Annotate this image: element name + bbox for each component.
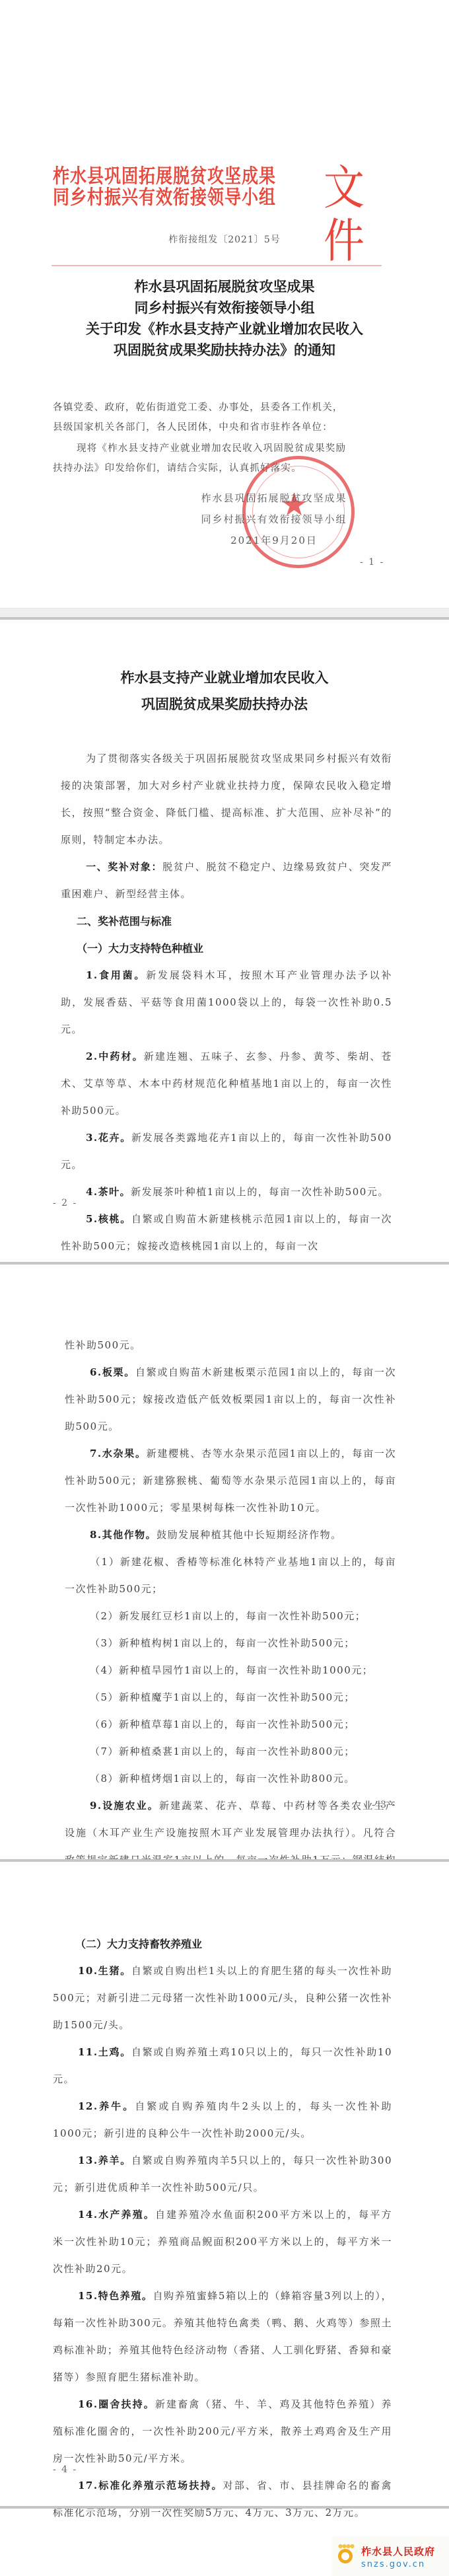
item-label: 14.水产养殖。 [78,2209,155,2221]
item-walnut: 5.核桃。自繁或自购苗木新建核桃示范园1亩以上的，每亩一次性补助500元；嫁接改… [61,1206,392,1260]
section-1-recipients: 一、奖补对象：脱贫户、脱贫不稳定户、边缘易致贫户、突发严重困难户、新型经营主体。 [61,854,392,908]
item-demo-farm-support: 17.标准化养殖示范场扶持。对部、省、市、县挂牌命名的畜禽标准化示范场，分别一次… [53,2472,392,2518]
section-1-label: 一、奖补对象： [86,861,162,873]
notice-title-line-1: 柞水县巩固拓展脱贫攻坚成果 [0,276,449,297]
sub-item-text: （2）新发展红豆杉1亩以上的，每亩一次性补助500元； [90,1610,366,1622]
item-facility-agriculture: 9.设施农业。新建蔬菜、花卉、草莓、中药材等各类农业生产设施（木耳产业生产设施按… [65,1792,396,1859]
sub-item-text: （7）新种植桑葚1亩以上的，每亩一次性补助800元； [90,1746,355,1757]
notice-title-line-3: 关于印发《柞水县支持产业就业增加农民收入 [0,318,449,340]
sub-item: （5）新种植魔芋1亩以上的，每亩一次性补助500元； [65,1684,396,1711]
sub-item-text: （3）新种植构树1亩以上的，每亩一次性补助500元； [90,1637,355,1649]
letterhead-issuer-line-2: 同乡村振兴有效衔接领导小组 [53,185,276,210]
item-chicken: 11.土鸡。自繁或自购养殖土鸡10只以上的，每只一次性补助10元。 [53,2039,392,2093]
sub-item-text: （8）新种植烤烟1亩以上的，每亩一次性补助800元。 [90,1773,355,1785]
sub-item-text: （4）新种植旱园竹1亩以上的，每亩一次性补助1000元； [90,1664,373,1676]
item-pigs: 10.生猪。自繁或自购出栏1头以上的育肥生猪的每头一次性补助500元；对新引进二… [53,1958,392,2039]
logo-site-name: 柞水县人民政府 [361,2544,435,2558]
item-tea: 4.茶叶。新发展茶叶种植1亩以上的，每亩一次性补助500元。 [61,1179,392,1206]
logo-site-url: snzs.gov.cn [361,2559,425,2569]
red-divider-rule [52,265,382,266]
subsection-1-heading: （一）大力支持特色种植业 [61,935,392,962]
signature-issuer-line-1: 柞水县巩固拓展脱贫攻坚成果 [191,488,357,509]
page-separator [0,2506,449,2509]
intro-paragraph: 为了贯彻落实各级关于巩固拓展脱贫攻坚成果同乡村振兴有效衔接的决策部署，加大对乡村… [61,745,392,854]
item-label: 8.其他作物。 [90,1529,156,1541]
site-watermark-logo: ●●●● 柞水县人民政府 snzs.gov.cn [331,2536,449,2576]
item-label: 10.生猪。 [78,1965,131,1977]
sub-item: （3）新种植构树1亩以上的，每亩一次性补助500元； [65,1630,396,1657]
page-2-measures: 柞水县支持产业就业增加农民收入 巩固脱贫成果奖励扶持办法 为了贯彻落实各级关于巩… [0,620,449,1262]
item-label: 2.中药材。 [86,1050,144,1062]
page-number-4: - 4 - [53,2464,77,2475]
item-label: 11.土鸡。 [78,2046,131,2058]
item-label: 12.养牛。 [78,2100,135,2112]
item-label: 16.圈舍扶持。 [78,2398,155,2410]
item-label: 15.特色养殖。 [78,2290,153,2302]
item-herbal-medicine: 2.中药材。新建连翘、五味子、玄参、丹参、黄芩、柴胡、苍术、艾草等草、木本中药材… [61,1043,392,1124]
item-flowers: 3.花卉。新发展各类露地花卉1亩以上的，每亩一次性补助500元。 [61,1124,392,1179]
page-4-body: （二）大力支持畜牧养殖业 10.生猪。自繁或自购出栏1头以上的育肥生猪的每头一次… [53,1931,392,2518]
item-text: 自购养殖蜜蜂5箱以上的（蜂箱容量3列以上的），每箱一次性补助300元。养殖其他特… [53,2290,392,2383]
measures-title: 柞水县支持产业就业增加农民收入 巩固脱贫成果奖励扶持办法 [0,665,449,718]
item-label: 5.核桃。 [86,1213,131,1225]
letterhead-document-label: 文件 [324,161,396,268]
measures-title-line-2: 巩固脱贫成果奖励扶持办法 [0,691,449,718]
item-label: 9.设施农业。 [90,1800,159,1812]
logo-ring-icon [338,2549,353,2563]
sub-item: （6）新种植草莓1亩以上的，每亩一次性补助500元； [65,1711,396,1738]
signature-date: 2021年9月20日 [191,530,357,551]
item-special-breeding: 15.特色养殖。自购养殖蜜蜂5箱以上的（蜂箱容量3列以上的），每箱一次性补助30… [53,2283,392,2391]
item-label: 6.板栗。 [90,1366,135,1378]
notice-body-line-1: 现将《柞水县支持产业就业增加农民收入巩固脱贫成果奖励 [53,439,386,459]
item-fruit: 7.水杂果。新建樱桃、杏等水杂果示范园1亩以上的，每亩一次性补助500元；新建猕… [65,1440,396,1522]
subsection-2-heading: （二）大力支持畜牧养殖业 [53,1931,392,1958]
item-cattle: 12.养牛。自繁或自购养殖肉牛2头以上的，每头一次性补助1000元；新引进的良种… [53,2093,392,2147]
item-text: 新发展茶叶种植1亩以上的，每亩一次性补助500元。 [131,1186,389,1198]
page-1-cover-notice: 柞水县巩固拓展脱贫攻坚成果 同乡村振兴有效衔接领导小组 文件 柞衔接组发〔202… [0,0,449,608]
item-label: 1.食用菌。 [86,969,146,981]
sub-item-text: （5）新种植魔芋1亩以上的，每亩一次性补助500元； [90,1691,355,1703]
item-label: 4.茶叶。 [86,1186,131,1198]
page-3-measures: 性补助500元。 6.板栗。自繁或自购苗木新建板栗示范园1亩以上的，每亩一次性补… [0,1265,449,1859]
page-3-body: 性补助500元。 6.板栗。自繁或自购苗木新建板栗示范园1亩以上的，每亩一次性补… [65,1332,396,1859]
red-letterhead: 柞水县巩固拓展脱贫攻坚成果 同乡村振兴有效衔接领导小组 文件 [53,164,396,206]
notice-title: 柞水县巩固拓展脱贫攻坚成果 同乡村振兴有效衔接领导小组 关于印发《柞水县支持产业… [0,276,449,361]
sub-item: （4）新种植旱园竹1亩以上的，每亩一次性补助1000元； [65,1657,396,1684]
notice-title-line-2: 同乡村振兴有效衔接领导小组 [0,297,449,318]
walnut-continuation: 性补助500元。 [65,1332,396,1359]
page-number-1: - 1 - [360,557,384,568]
item-sheep: 13.养羊。自繁或自购养殖肉羊5只以上的，每只一次性补助300元；新引进优质种羊… [53,2147,392,2201]
item-label: 13.养羊。 [78,2154,131,2166]
signature-issuer-line-2: 同乡村振兴有效衔接领导小组 [191,509,357,530]
document-number: 柞衔接组发〔2021〕5号 [0,233,449,246]
page-separator [0,608,449,620]
recipients-line-1: 各镇党委、政府，乾佑街道党工委、办事处，县委各工作机关， [53,398,386,418]
sub-item: （8）新种植烤烟1亩以上的，每亩一次性补助800元。 [65,1765,396,1792]
page-number-3: - 3 - [372,1800,396,1810]
item-other-crops: 8.其他作物。鼓励发展种植其他中长短期经济作物。 [65,1522,396,1549]
item-aquaculture: 14.水产养殖。自建养殖冷水鱼面积200平方米以上的，每平方米一次性补助10元；… [53,2201,392,2283]
intro-text: 为了贯彻落实各级关于巩固拓展脱贫攻坚成果同乡村振兴有效衔接的决策部署，加大对乡村… [61,753,392,846]
item-pen-support: 16.圈舍扶持。新建畜禽（猪、牛、羊、鸡及其他特色养殖）养殖标准化圈舍的，一次性… [53,2391,392,2472]
item-label: 17.标准化养殖示范场扶持。 [78,2480,223,2491]
sub-item: （7）新种植桑葚1亩以上的，每亩一次性补助800元； [65,1738,396,1765]
page-4-measures: （二）大力支持畜牧养殖业 10.生猪。自繁或自购出栏1头以上的育肥生猪的每头一次… [0,1862,449,2518]
item-label: 7.水杂果。 [90,1448,147,1459]
page-2-body: 为了贯彻落实各级关于巩固拓展脱贫攻坚成果同乡村振兴有效衔接的决策部署，加大对乡村… [61,745,392,1260]
page-number-2: - 2 - [53,1198,77,1208]
item-text: 鼓励发展种植其他中长短期经济作物。 [156,1529,342,1541]
measures-title-line-1: 柞水县支持产业就业增加农民收入 [0,665,449,691]
recipients-line-2: 县级国家机关各部门，各人民团体，中央和省市驻柞各单位： [53,418,386,437]
sub-item-text: （1）新建花椒、香椿等标准化林特产业基地1亩以上的，每亩一次性补助500元； [65,1556,396,1595]
item-edible-fungi: 1.食用菌。新发展袋料木耳，按照木耳产业管理办法予以补助，发展香菇、平菇等食用菌… [61,962,392,1043]
item-label: 3.花卉。 [86,1132,131,1144]
sub-item-text: （6）新种植草莓1亩以上的，每亩一次性补助500元； [90,1718,355,1730]
logo-footprint-dots-icon: ●●●● [338,2544,354,2549]
sub-item: （2）新发展红豆杉1亩以上的，每亩一次性补助500元； [65,1603,396,1630]
notice-title-line-4: 巩固脱贫成果奖励扶持办法》的通知 [0,340,449,361]
section-2-heading: 二、奖补范围与标准 [61,908,392,935]
item-chestnut: 6.板栗。自繁或自购苗木新建板栗示范园1亩以上的，每亩一次性补助500元；嫁接改… [65,1359,396,1440]
sub-item: （1）新建花椒、香椿等标准化林特产业基地1亩以上的，每亩一次性补助500元； [65,1549,396,1603]
